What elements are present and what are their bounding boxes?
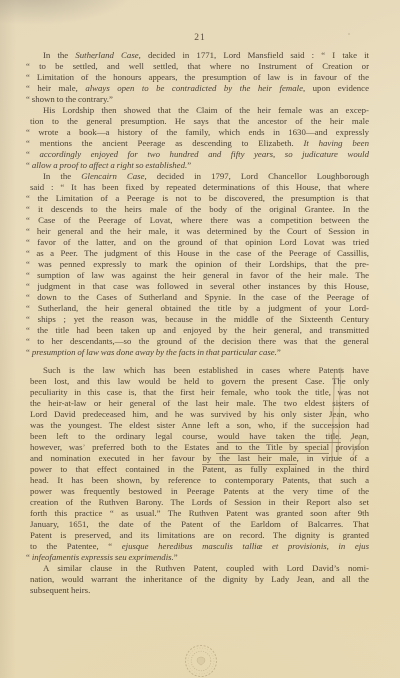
text-line: His Lordship then showed that the Claim … <box>30 105 369 116</box>
text-line: “ heir male, always open to be contradic… <box>30 83 369 94</box>
text-line: “ ships ; yet the reason was, because in… <box>30 314 369 325</box>
text-line: forth this practice “ as usual.” The Rut… <box>30 508 369 519</box>
body-text: “ down to the Cases of Sutherland and Sp… <box>26 292 369 302</box>
text-line: “ to be settled, and well settled, that … <box>30 61 369 72</box>
text-line: was the youngest. The eldest sister Anne… <box>30 420 369 431</box>
body-text: subsequent heirs. <box>30 585 90 595</box>
italic-text: accordingly enjoyed for two hundred and … <box>39 149 369 159</box>
text-block: In the Sutherland Case, decided in 1771,… <box>30 50 369 596</box>
text-line: power was frequently bestowed in Peerage… <box>30 486 369 497</box>
body-text: to the Patentee, “ <box>30 541 122 551</box>
text-line: said : “ It has been fixed by repeated d… <box>30 182 369 193</box>
body-text: said : “ It has been fixed by repeated d… <box>30 182 369 192</box>
body-text: the heir-at-law or heir general of the l… <box>30 398 369 408</box>
text-line: tion to the general presumption. He says… <box>30 116 369 127</box>
body-text: Jean, <box>341 431 369 441</box>
text-line: “ favor of the latter, and on the ground… <box>30 237 369 248</box>
body-text: power was frequently bestowed in Peerage… <box>30 486 369 496</box>
text-line: and nomination executed in her favour by… <box>30 453 369 464</box>
text-line: “ shown to the contrary.” <box>30 94 369 105</box>
body-text: , upon evidence <box>303 83 369 93</box>
text-line: “ Limitation of the honours appears, the… <box>30 72 369 83</box>
text-line: nation, would warrant the inheritance of… <box>30 574 369 585</box>
text-line: however, wasʼ preferred both to the Esta… <box>30 442 369 453</box>
text-line: power to that effect contained in the Pa… <box>30 464 369 475</box>
text-line: “ down to the Cases of Sutherland and Sp… <box>30 292 369 303</box>
body-text: “ heir male, <box>26 83 85 93</box>
body-text: “ to be settled, and well settled, that … <box>26 61 369 71</box>
body-text: “ ships ; yet the reason was, because in… <box>26 314 369 324</box>
text-line: “ sumption of law was against the heir g… <box>30 270 369 281</box>
body-text: ” <box>174 552 178 562</box>
body-text: nation, would warrant the inheritance of… <box>30 574 369 584</box>
text-line: been left to the ordinary legal course, … <box>30 431 369 442</box>
text-line: Such is the law which has been establish… <box>30 365 369 376</box>
text-line: “ it descends to the heirs male of the b… <box>30 204 369 215</box>
scanned-page: 21 In the Sutherland Case, decided in 17… <box>0 0 400 678</box>
paragraph-present-case-argument: Such is the law which has been establish… <box>30 365 369 563</box>
body-text: ” <box>187 160 191 170</box>
pencil-underlined-text: would have taken the title. <box>217 431 341 443</box>
body-text: “ Sutherland, the heir general obtained … <box>26 303 369 313</box>
text-line: peculiarity in this case is, that the fi… <box>30 387 369 398</box>
text-line: been lost, and this law would be held to… <box>30 376 369 387</box>
italic-text: ejusque heredibus masculis talliæ et pro… <box>122 541 369 551</box>
body-text: January, 1651, the date of the Patent of… <box>30 519 369 529</box>
text-line: “ allow a proof to affect a right so est… <box>30 160 369 171</box>
text-line: In the Sutherland Case, decided in 1771,… <box>30 50 369 61</box>
body-text: Such is the law which has been establish… <box>43 365 369 375</box>
body-text: been left to the ordinary legal course, <box>30 431 217 441</box>
italic-text: infeofamentis expressis seu exprimendis. <box>32 552 174 562</box>
body-text: forth this practice “ as usual.” The Rut… <box>30 508 369 518</box>
text-line: head. It has been shown, by reference to… <box>30 475 369 486</box>
text-line: “ infeofamentis expressis seu exprimendi… <box>30 552 369 563</box>
text-line: “ wrote a book—a history of the family, … <box>30 127 369 138</box>
body-text: power to that effect contained in the Pa… <box>30 464 369 474</box>
italic-text: allow a proof to affect a right so estab… <box>32 160 187 170</box>
body-text: “ judgment in that case was followed in … <box>26 281 369 291</box>
body-text: however, was <box>30 442 83 452</box>
body-text: “ Limitation of the honours appears, the… <box>26 72 369 82</box>
body-text: “ sumption of law was against the heir g… <box>26 270 369 280</box>
body-text: “ heir general and the heir male, it was… <box>26 226 369 236</box>
body-text: “ as a Peer. The judgment of this House … <box>26 248 369 258</box>
body-text: was the youngest. The eldest sister Anne… <box>30 420 369 430</box>
body-text: been lost, and this law would be held to… <box>30 376 369 386</box>
text-line: “ heir general and the heir male, it was… <box>30 226 369 237</box>
body-text: In the <box>43 171 81 181</box>
body-text: Patent is preserved, and its limitations… <box>30 530 369 540</box>
body-text: , decided in 1797, Lord Chancellor Lough… <box>145 171 369 181</box>
text-line: “ to her descendants,—so the ground of t… <box>30 336 369 347</box>
text-line: Lord David predeceased him, and he was s… <box>30 409 369 420</box>
text-line: Patent is preserved, and its limitations… <box>30 530 369 541</box>
body-text: “ Case of the Peerage of Lovat, where th… <box>26 215 369 225</box>
text-line: “ was penned expressly to mark the opini… <box>30 259 369 270</box>
body-text: “ <box>26 149 39 159</box>
pencil-underlined-text: and to the Title by special <box>216 442 329 454</box>
body-text: “ the Limitation of a Peerage is not to … <box>26 193 369 203</box>
body-text: “ wrote a book—a history of the family, … <box>26 127 369 137</box>
paragraph-heir-female-exception: His Lordship then showed that the Claim … <box>30 105 369 171</box>
text-line: “ mentions the ancient Peerage as descen… <box>30 138 369 149</box>
text-line: A similar clause in the Ruthven Patent, … <box>30 563 369 574</box>
body-text: “ favor of the latter, and on the ground… <box>26 237 369 247</box>
paragraph-ruthven-conclusion: A similar clause in the Ruthven Patent, … <box>30 563 369 596</box>
body-text: provision <box>329 442 369 452</box>
text-line: “ the Limitation of a Peerage is not to … <box>30 193 369 204</box>
page-number: 21 <box>0 33 400 43</box>
body-text: , in virtue of a <box>297 453 369 463</box>
paragraph-glencairn-case: In the Glencairn Case, decided in 1797, … <box>30 171 369 358</box>
body-text: A similar clause in the Ruthven Patent, … <box>43 563 369 573</box>
text-line: “ the title had been taken up and enjoye… <box>30 325 369 336</box>
text-line: to the Patentee, “ ejusque heredibus mas… <box>30 541 369 552</box>
pencil-underlined-text: by the last heir male <box>202 453 296 465</box>
body-text: “ shown to the contrary.” <box>26 94 113 104</box>
body-text: “ mentions the ancient Peerage as descen… <box>26 138 303 148</box>
body-text: creation of the Ruthven Barony. The Lord… <box>30 497 369 507</box>
body-text: Lord David predeceased him, and he was s… <box>30 409 369 419</box>
text-line: January, 1651, the date of the Patent of… <box>30 519 369 530</box>
text-line: “ Sutherland, the heir general obtained … <box>30 303 369 314</box>
text-line: the heir-at-law or heir general of the l… <box>30 398 369 409</box>
body-text: “ it descends to the heirs male of the b… <box>26 204 369 214</box>
text-line: “ as a Peer. The judgment of this House … <box>30 248 369 259</box>
italic-text: Sutherland Case <box>75 50 138 60</box>
italic-text: always open to be contradicted by the he… <box>85 83 303 93</box>
italic-text: presumption of law was done away by the … <box>32 347 277 357</box>
text-line: “ presumption of law was done away by th… <box>30 347 369 358</box>
text-line: “ Case of the Peerage of Lovat, where th… <box>30 215 369 226</box>
body-text: “ was penned expressly to mark the opini… <box>26 259 369 269</box>
text-line: creation of the Ruthven Barony. The Lord… <box>30 497 369 508</box>
body-text: His Lordship then showed that the Claim … <box>43 105 369 115</box>
text-line: In the Glencairn Case, decided in 1797, … <box>30 171 369 182</box>
body-text: preferred both to the Estates <box>85 442 216 452</box>
body-text: “ the title had been taken up and enjoye… <box>26 325 369 335</box>
paragraph-sutherland-case: In the Sutherland Case, decided in 1771,… <box>30 50 369 105</box>
text-line: subsequent heirs. <box>30 585 369 596</box>
body-text: ” <box>277 347 281 357</box>
body-text: In the <box>43 50 75 60</box>
library-stamp-icon <box>181 641 221 678</box>
italic-text: It having been <box>303 138 369 148</box>
body-text: head. It has been shown, by reference to… <box>30 475 369 485</box>
body-text: , decided in 1771, Lord Mansfield said :… <box>139 50 369 60</box>
body-text: peculiarity in this case is, that the fi… <box>30 387 369 397</box>
body-text: “ to her descendants,—so the ground of t… <box>26 336 369 346</box>
text-line: “ judgment in that case was followed in … <box>30 281 369 292</box>
body-text: and nomination executed in her favour <box>30 453 202 463</box>
text-line: “ accordingly enjoyed for two hundred an… <box>30 149 369 160</box>
italic-text: Glencairn Case <box>81 171 144 181</box>
body-text: tion to the general presumption. He says… <box>30 116 369 126</box>
